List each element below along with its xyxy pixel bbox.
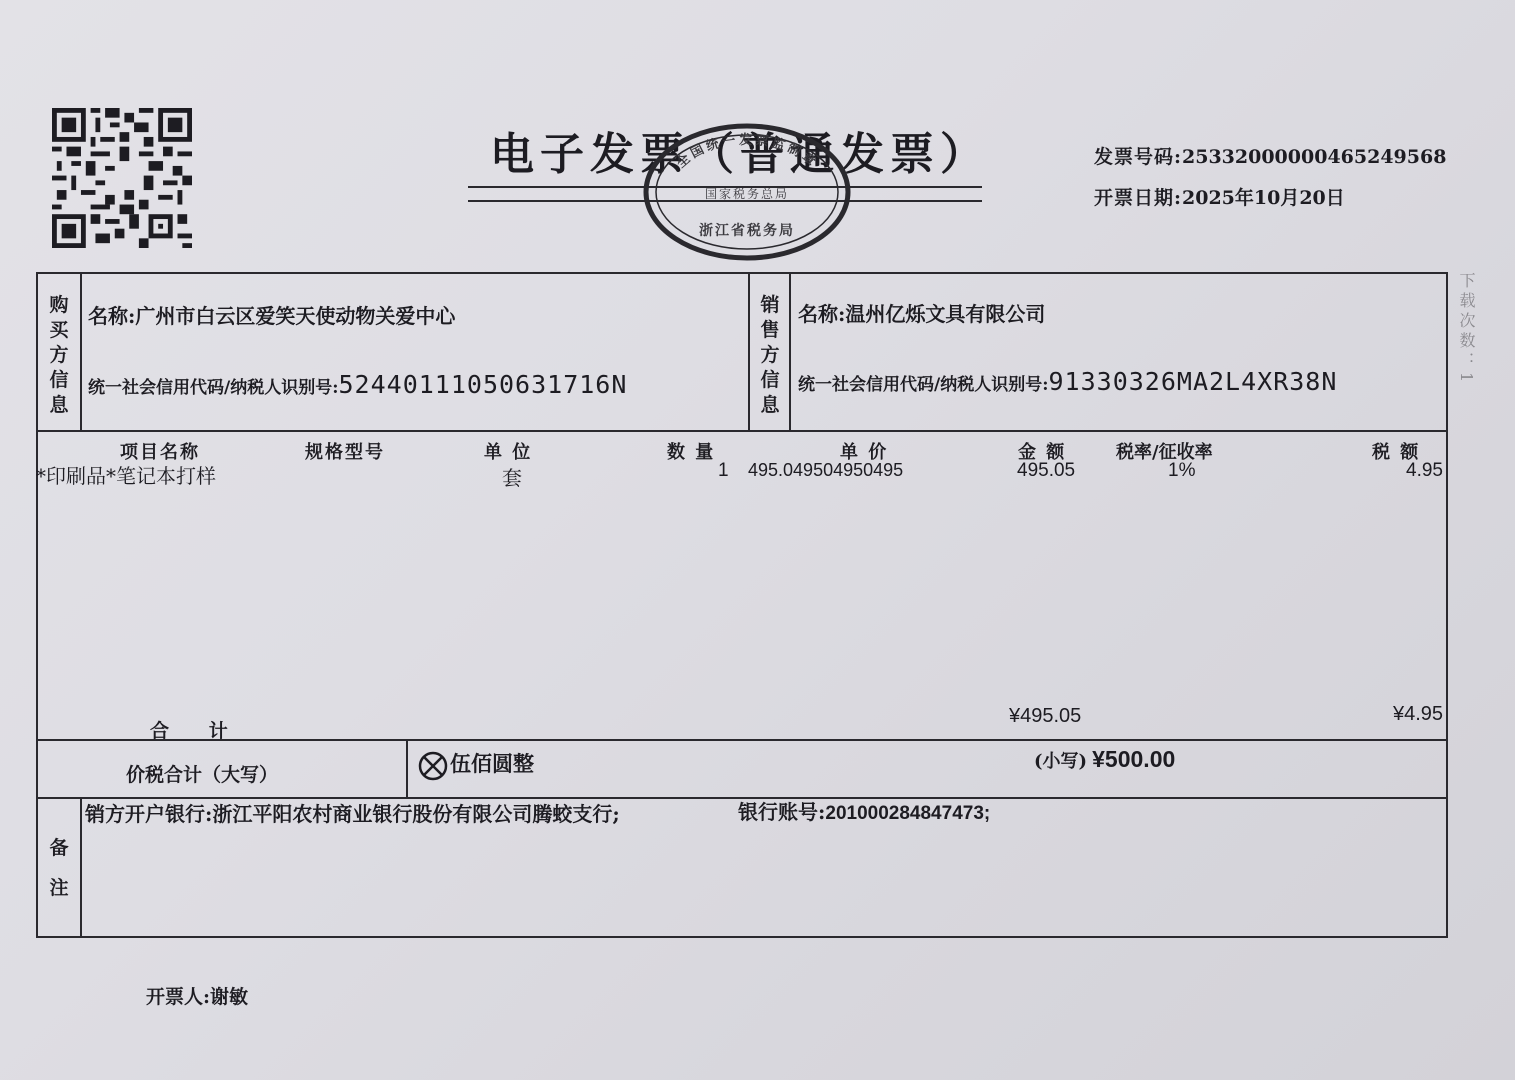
buyer-tax-id: 52440111050631716N [338,370,627,399]
grand-total-small: ¥500.00 [1092,746,1175,772]
seller-section-label-text: 销售方信息 [760,293,779,418]
divider-totals [36,739,1448,741]
tax-seal-stamp: 全国统一发票监制章 国家税务总局 浙江省税务局 [642,122,852,262]
invoice-date: 开票日期:2025年10月20日 [1094,183,1345,210]
item-qty: 1 [718,460,729,482]
invoice-number-label: 发票号码: [1094,146,1182,168]
divider-buyer-label [80,272,82,430]
buyer-id-row: 统一社会信用代码/纳税人识别号:52440111050631716N [88,370,627,399]
total-label: 合 计 [150,716,228,743]
divider-parties [36,430,1448,432]
seal-bottom-text: 浙江省税务局 [699,222,795,239]
seller-section-label: 销售方信息 [750,290,790,420]
seller-bank-row: 销方开户银行:浙江平阳农村商业银行股份有限公司腾蛟支行; [85,798,620,827]
item-tax: 4.95 [1406,460,1443,482]
total-tax: ¥4.95 [1393,703,1443,726]
bank-account: 201000284847473; [825,803,990,824]
grand-total-small-row: (小写) ¥500.00 [1034,746,1175,773]
seller-id-row: 统一社会信用代码/纳税人识别号:91330326MA2L4XR38N [798,367,1337,396]
seller-name: 温州亿烁文具有限公司 [845,302,1045,326]
buyer-section-label-text: 购买方信息 [49,293,68,418]
grand-total-label: 价税合计（大写） [126,760,278,787]
buyer-name: 广州市白云区爱笑天使动物关爱中心 [135,304,455,328]
buyer-name-label: 名称: [88,304,135,328]
seller-bank: 浙江平阳农村商业银行股份有限公司腾蛟支行; [212,802,619,826]
item-unit: 套 [502,462,522,491]
total-amount: ¥495.05 [1009,705,1081,728]
grand-total-words: 伍佰圆整 [450,751,534,776]
seller-name-row: 名称:温州亿烁文具有限公司 [798,298,1045,327]
bank-account-label: 银行账号: [738,800,825,824]
item-name: *印刷品*笔记本打样 [36,460,216,489]
item-rate: 1% [1168,460,1195,482]
buyer-id-label: 统一社会信用代码/纳税人识别号: [88,378,338,398]
item-amount: 495.05 [1017,460,1075,482]
seller-tax-id: 91330326MA2L4XR38N [1048,367,1337,396]
buyer-name-row: 名称:广州市白云区爱笑天使动物关爱中心 [88,300,455,329]
buyer-section-label: 购买方信息 [38,290,80,420]
col-header-spec: 规格型号 [305,438,385,464]
invoice-date-value: 2025年10月20日 [1182,187,1345,209]
grand-total-words-row: 伍佰圆整 [418,748,534,781]
remarks-section-label-text: 备注 [49,828,68,908]
invoice-date-label: 开票日期: [1094,187,1182,209]
bank-account-row: 银行账号:201000284847473; [738,796,990,825]
col-header-rate: 税率/征收率 [1116,438,1213,464]
invoice-number-value: 25332000000465249568 [1182,146,1446,168]
divider-grand-total-label [406,739,408,797]
seal-middle-text: 国家税务总局 [705,186,789,201]
divider-remarks-label [80,797,82,938]
grand-total-small-label: (小写) [1034,751,1087,772]
cross-circle-icon [418,751,448,781]
remarks-section-label: 备注 [38,830,80,905]
qr-code-icon [52,108,192,248]
seal-top-text: 全国统一发票监制章 [673,132,821,171]
issuer-row: 开票人:谢敏 [146,982,248,1009]
issuer-name: 谢敏 [210,986,248,1008]
invoice-number: 发票号码:25332000000465249568 [1094,142,1446,169]
seller-id-label: 统一社会信用代码/纳税人识别号: [798,375,1048,395]
col-header-unit: 单 位 [484,438,532,464]
col-header-qty: 数 量 [667,438,715,464]
item-price: 495.049504950495 [748,460,903,481]
svg-text:全国统一发票监制章: 全国统一发票监制章 [673,132,821,171]
issuer-label: 开票人: [146,986,210,1008]
seller-bank-label: 销方开户银行: [85,802,212,826]
download-count-note: 下载次数：1 [1455,272,1478,386]
seller-name-label: 名称: [798,302,845,326]
